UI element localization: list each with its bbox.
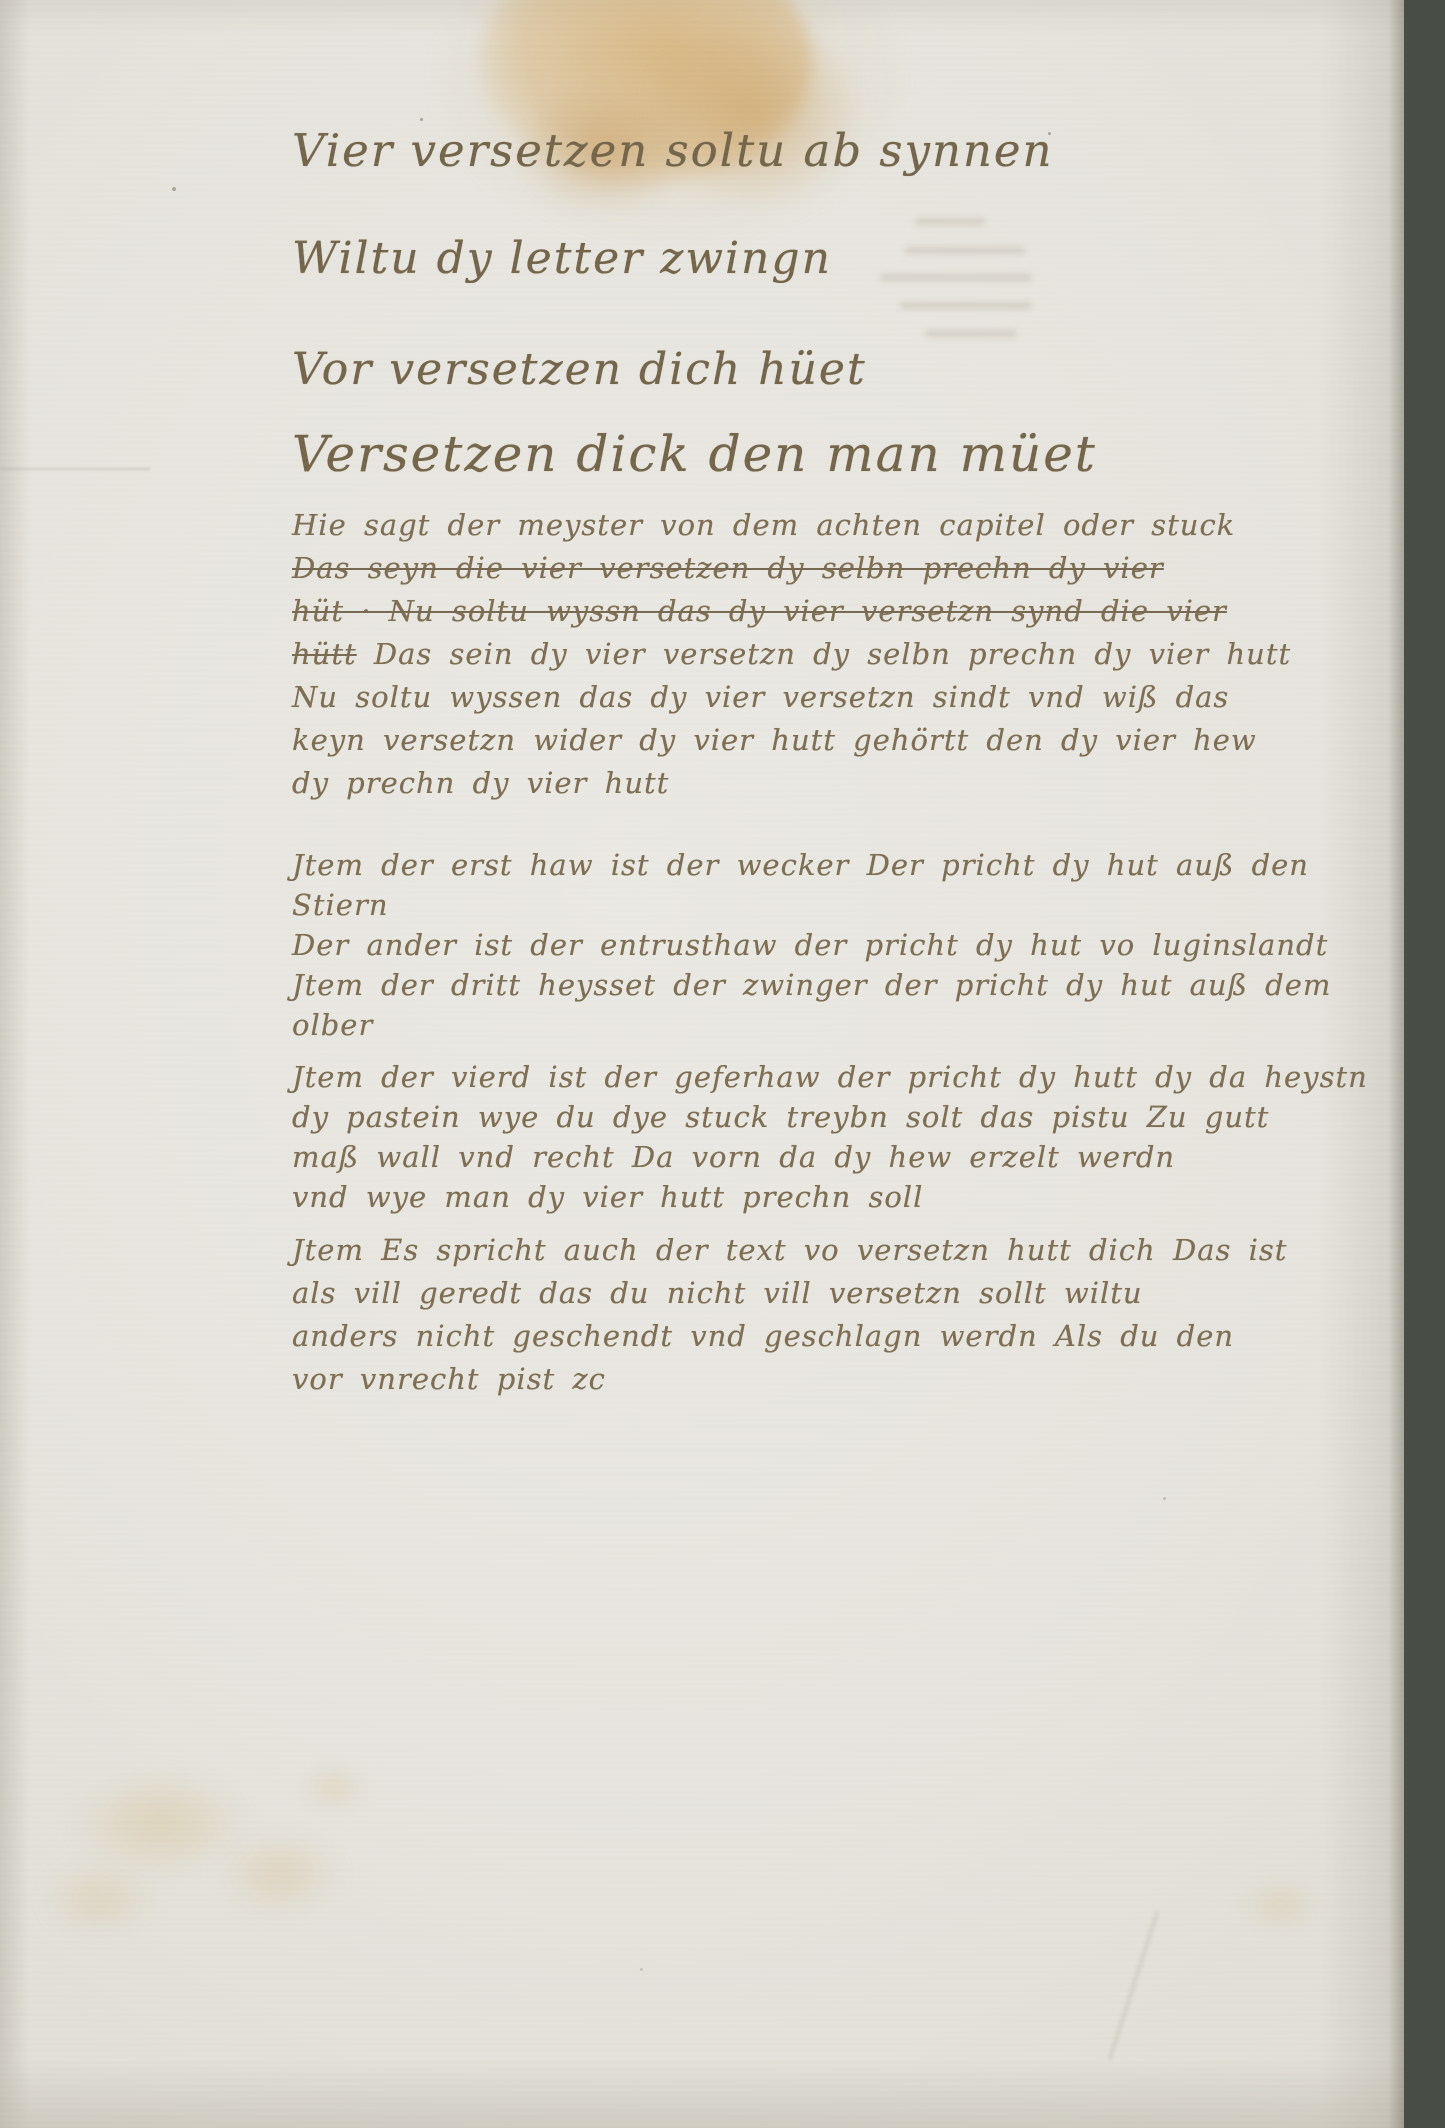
text-segment: vor vnrecht pist zc (292, 1362, 606, 1396)
prose-line: Jtem der erst haw ist der wecker Der pri… (292, 848, 1197, 888)
prose-line: Der ander ist der entrusthaw der pricht … (292, 928, 1197, 968)
text-segment: dy pastein wye du dye stuck treybn solt … (292, 1100, 1269, 1134)
text-segment: Stiern (292, 888, 389, 922)
text-segment: Hie sagt der meyster von dem achten capi… (292, 508, 1235, 542)
scratch-mark (1108, 1911, 1159, 2059)
verse-line: Vor versetzen dich hüet (292, 344, 1197, 395)
verse-line: Vier versetzen soltu ab synnen (292, 125, 1197, 177)
prose-line: hüt · Nu soltu wyssn das dy vier versetz… (292, 593, 1197, 636)
stain (298, 1762, 370, 1814)
prose-line: dy prechn dy vier hutt (292, 765, 1197, 808)
text-segment: vnd wye man dy vier hutt prechn soll (292, 1180, 923, 1214)
prose-line: Das seyn die vier versetzen dy selbn pre… (292, 550, 1197, 593)
text-segment: Jtem der vierd ist der geferhaw der pric… (292, 1060, 1368, 1094)
prose-line: olber (292, 1008, 1197, 1048)
text-segment: olber (292, 1008, 373, 1042)
prose-line: anders nicht geschendt vnd geschlagn wer… (292, 1318, 1197, 1361)
text-segment: anders nicht geschendt vnd geschlagn wer… (292, 1319, 1234, 1353)
verse-line: Wiltu dy letter zwingn (292, 233, 1197, 284)
text-segment: dy prechn dy vier hutt (292, 766, 669, 800)
paragraph: Jtem der erst haw ist der wecker Der pri… (292, 848, 1197, 1048)
prose-line: Jtem Es spricht auch der text vo versetz… (292, 1232, 1197, 1275)
text-segment: Das sein dy vier versetzn dy selbn prech… (357, 637, 1292, 671)
ink-speck (1163, 1497, 1166, 1500)
paragraph: Jtem der vierd ist der geferhaw der pric… (292, 1060, 1197, 1220)
paragraph: Hie sagt der meyster von dem achten capi… (292, 507, 1197, 808)
text-segment: Jtem der dritt heysset der zwinger der p… (292, 968, 1331, 1002)
struck-text: hüt · Nu soltu wyssn das dy vier versetz… (292, 594, 1227, 628)
ink-speck (172, 187, 176, 191)
ink-speck (420, 118, 423, 121)
verse-line: Versetzen dick den man müet (292, 425, 1197, 483)
text-segment: Nu soltu wyssen das dy vier versetzn sin… (292, 680, 1229, 714)
prose-block: Hie sagt der meyster von dem achten capi… (292, 507, 1197, 1404)
struck-text: hütt (292, 637, 357, 671)
verse-headings: Vier versetzen soltu ab synnenWiltu dy l… (292, 125, 1197, 483)
stain (1235, 1875, 1325, 1935)
paragraph: Jtem Es spricht auch der text vo versetz… (292, 1232, 1197, 1404)
paper-crease (0, 468, 150, 470)
text-segment: keyn versetzn wider dy vier hutt gehörtt… (292, 723, 1257, 757)
scan-background: { "manuscript": { "language": "Early New… (0, 0, 1445, 2128)
text-segment: als vill geredt das du nicht vill verset… (292, 1276, 1143, 1310)
struck-text: Das seyn die vier versetzen dy selbn pre… (292, 551, 1164, 585)
prose-line: Stiern (292, 888, 1197, 928)
prose-line: vnd wye man dy vier hutt prechn soll (292, 1180, 1197, 1220)
prose-line: maß wall vnd recht Da vorn da dy hew erz… (292, 1140, 1197, 1180)
manuscript-page: Vier versetzen soltu ab synnenWiltu dy l… (0, 0, 1404, 2128)
prose-line: hütt Das sein dy vier versetzn dy selbn … (292, 636, 1197, 679)
text-segment: Jtem Es spricht auch der text vo versetz… (292, 1233, 1287, 1267)
stain (214, 1828, 346, 1920)
prose-line: als vill geredt das du nicht vill verset… (292, 1275, 1197, 1318)
stain (68, 1768, 253, 1880)
prose-line: Hie sagt der meyster von dem achten capi… (292, 507, 1197, 550)
prose-line: Jtem der dritt heysset der zwinger der p… (292, 968, 1197, 1008)
prose-line: vor vnrecht pist zc (292, 1361, 1197, 1404)
text-segment: maß wall vnd recht Da vorn da dy hew erz… (292, 1140, 1175, 1174)
text-segment: Der ander ist der entrusthaw der pricht … (292, 928, 1328, 962)
stain (38, 1858, 160, 1940)
prose-line: Nu soltu wyssen das dy vier versetzn sin… (292, 679, 1197, 722)
prose-line: dy pastein wye du dye stuck treybn solt … (292, 1100, 1197, 1140)
text-block: Vier versetzen soltu ab synnenWiltu dy l… (292, 125, 1197, 1404)
prose-line: Jtem der vierd ist der geferhaw der pric… (292, 1060, 1197, 1100)
prose-line: keyn versetzn wider dy vier hutt gehörtt… (292, 722, 1197, 765)
text-segment: Jtem der erst haw ist der wecker Der pri… (292, 848, 1309, 882)
ink-speck (640, 1968, 643, 1971)
